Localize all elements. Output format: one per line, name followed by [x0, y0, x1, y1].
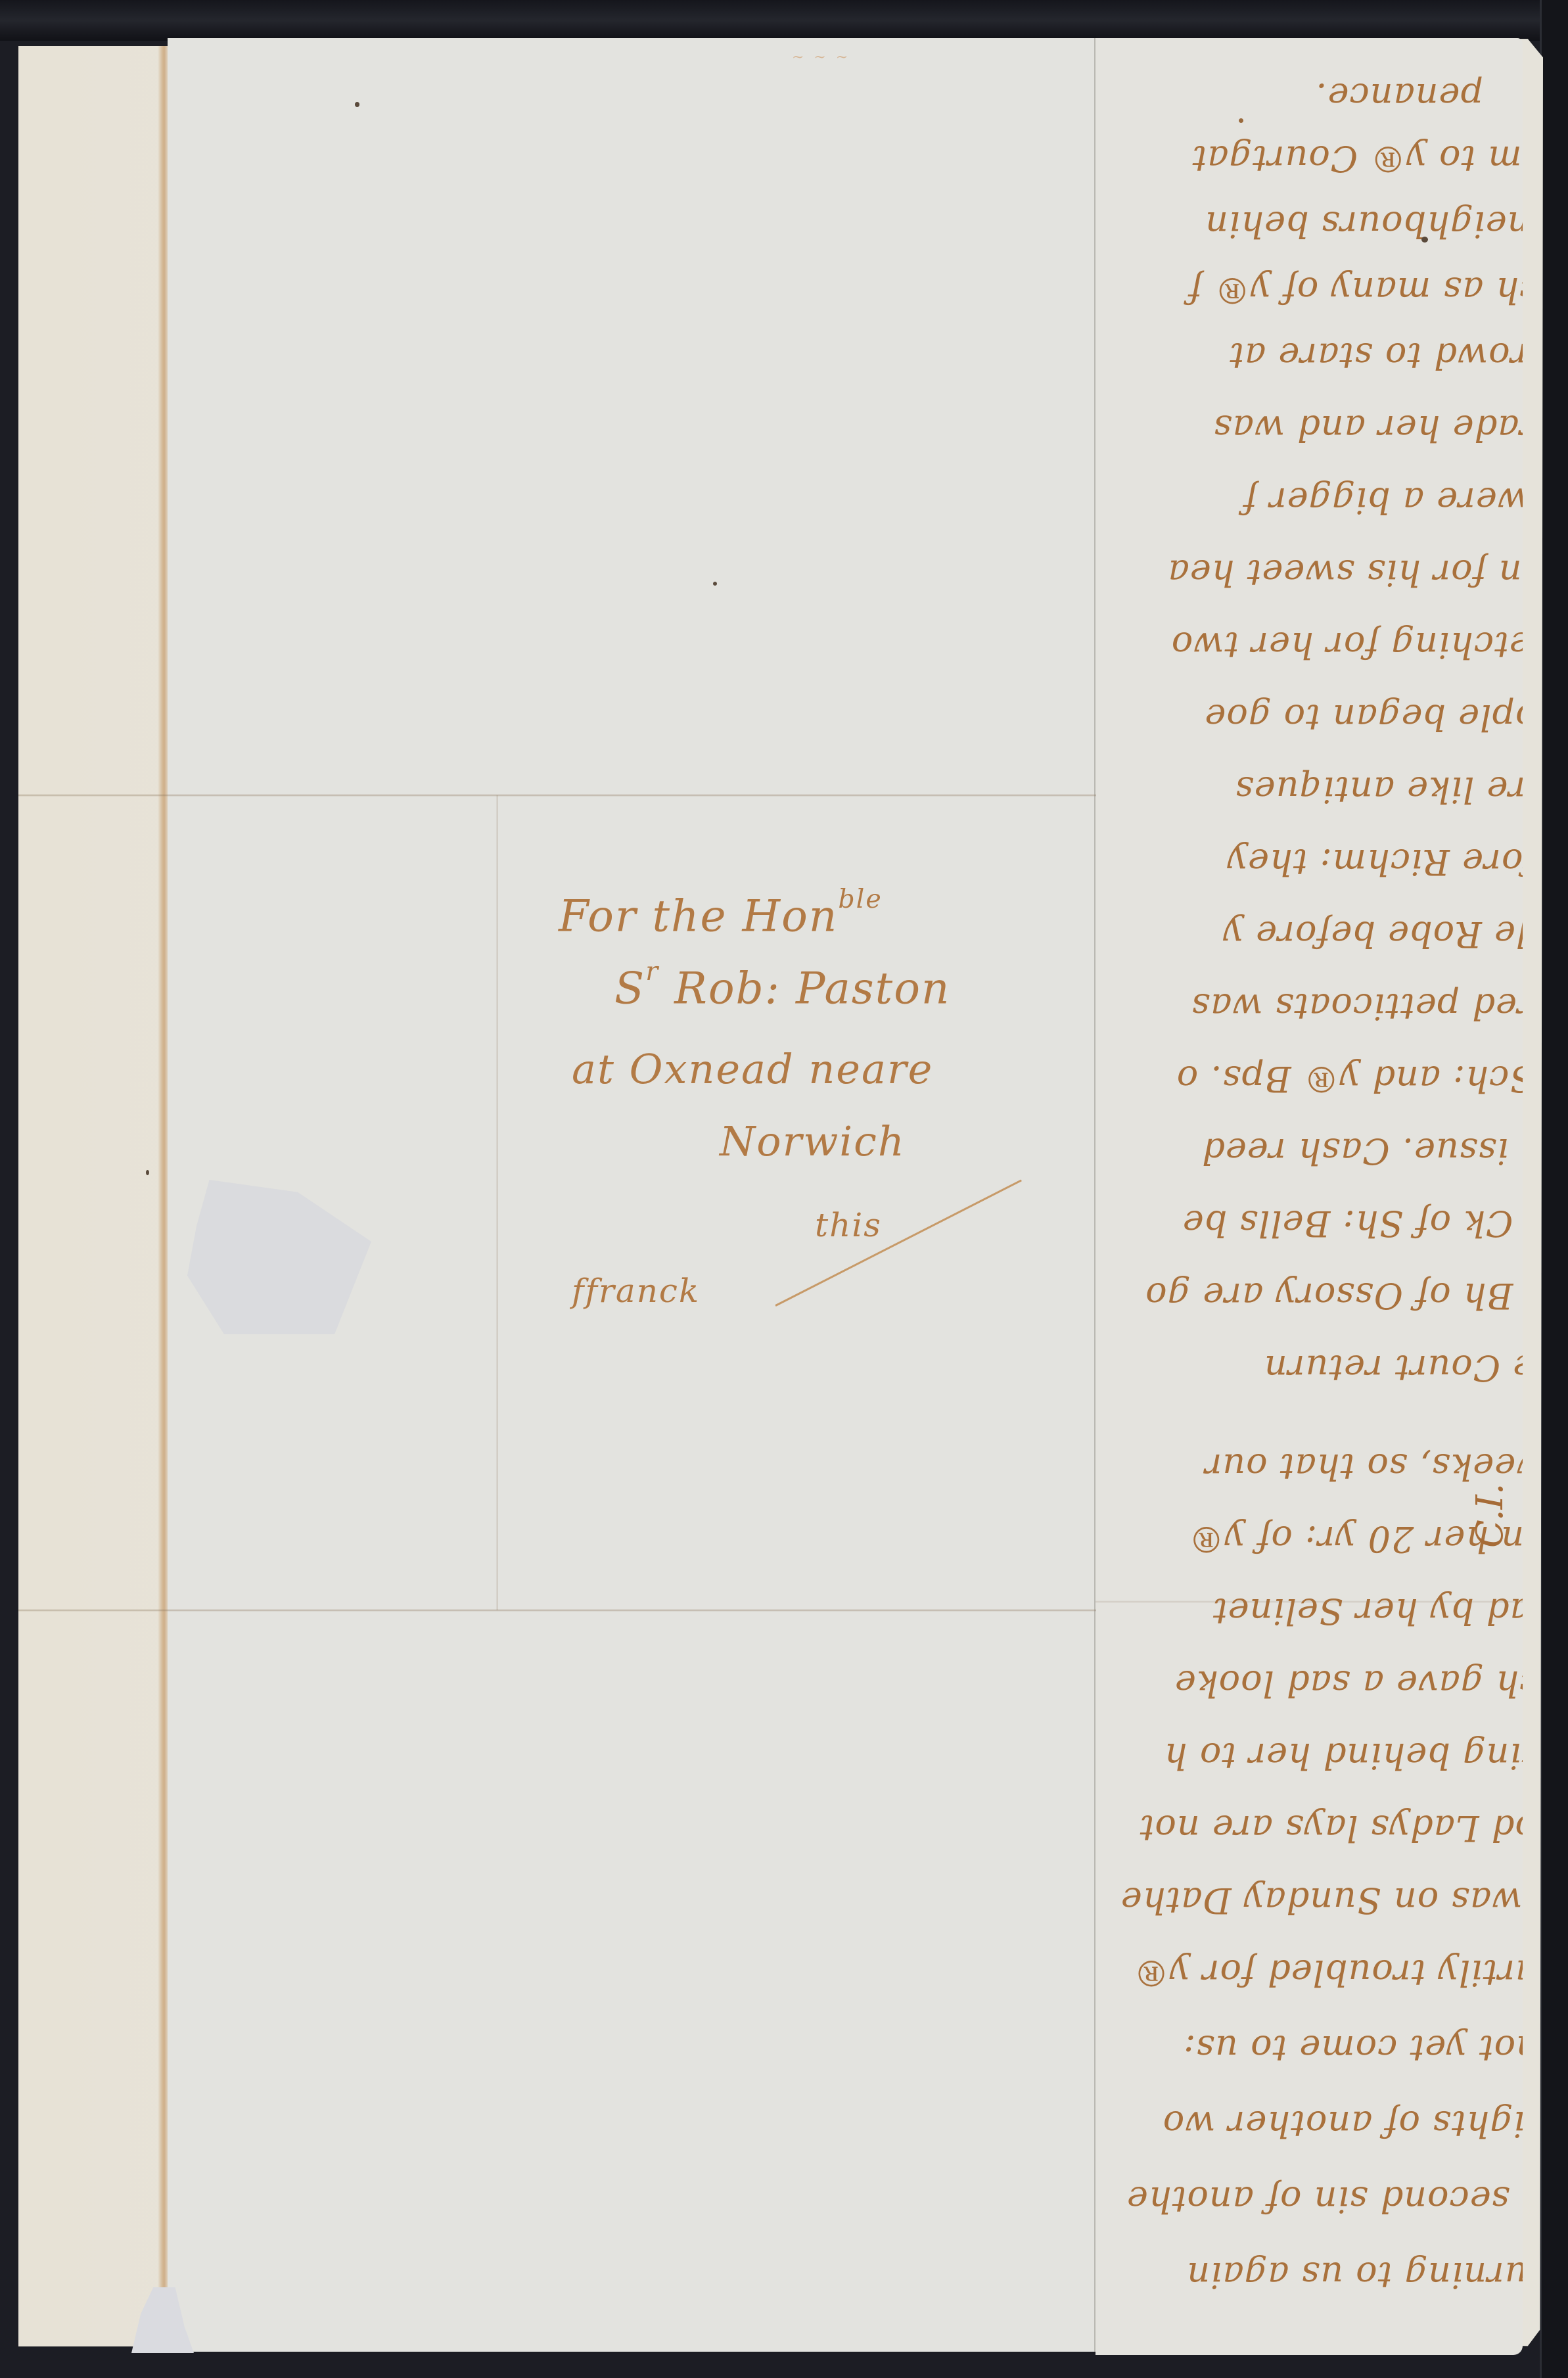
letter-line: is not yet come to us: — [1183, 2028, 1523, 2069]
ink-speck — [355, 102, 359, 107]
letter-line: more like antiques — [1235, 769, 1523, 810]
letter-line: delights of another wo — [1163, 2103, 1523, 2145]
ink-speck — [146, 1170, 149, 1175]
annotation-franck: ffranck — [572, 1272, 700, 1310]
margin-note: C.I. — [1469, 1483, 1511, 1548]
address-line-2-prefix: S — [614, 964, 645, 1014]
address-line-1-text: For the Hon — [559, 891, 838, 942]
letter-line: the second sin of anothe — [1126, 2179, 1523, 2220]
letter-line: heartily troubled for y® — [1133, 1952, 1523, 1993]
faint-ink-mark: ~ ~ ~ — [792, 49, 850, 66]
fold-line-vertical — [496, 795, 498, 1610]
address-line-1-sup: ble — [838, 884, 882, 914]
mount-frame-top — [0, 0, 1568, 41]
address-line-2-text: Rob: Paston — [659, 964, 950, 1014]
letter-line: 3 weeks, so that our — [1205, 1446, 1523, 1487]
letter-line: u° were a bigger f — [1243, 480, 1523, 521]
ink-speck — [713, 582, 717, 586]
letter-line: or neighbours behin — [1205, 204, 1523, 245]
letter-line: y® Ck of Sh: Bells be — [1182, 1203, 1523, 1244]
letter-line: penance. — [1315, 76, 1483, 117]
letter-line: full issue. Cash reed — [1201, 1131, 1523, 1172]
letter-line: The Court return — [1264, 1347, 1523, 1389]
letter-line: then for his sweet hea — [1168, 552, 1523, 594]
address-line-3: at Oxnead neare — [572, 1045, 933, 1093]
letter-line: wide Robe before y — [1222, 914, 1523, 955]
letter-line: Dead by her Selinet — [1212, 1591, 1523, 1632]
fold-line-lower — [18, 1609, 1096, 1612]
annotation-this: this — [815, 1206, 882, 1244]
ink-speck — [1239, 118, 1243, 123]
address-line-2: Sr Rob: Paston — [614, 956, 950, 1014]
ink-speck — [1421, 237, 1428, 243]
letter-line: sitting behind her to h — [1164, 1735, 1523, 1777]
letter-line: people began to goe — [1204, 697, 1523, 738]
address-line-4: Norwich — [720, 1117, 906, 1165]
letter-line: returning to us again — [1186, 2254, 1523, 2296]
letter-line: before Richm: they — [1227, 841, 1523, 883]
upside-down-letter-text: returning to us again the second sin of … — [1095, 38, 1523, 2355]
letter-line: such gave a sad looke — [1174, 1663, 1523, 1704]
address-line-1: For the Honble — [559, 884, 883, 942]
letter-line: of Sch: and y® Bps. o — [1176, 1058, 1523, 1100]
address-panel — [168, 38, 1095, 2352]
letter-line: in red petticoats was — [1191, 986, 1523, 1027]
letter-line: parade her and was — [1213, 408, 1523, 449]
letter-line: y® Bh of Ossory are go — [1145, 1275, 1523, 1317]
fold-line-upper — [18, 794, 1096, 797]
mount-frame-right — [1540, 0, 1568, 2378]
letter-line: good Ladys lays are not — [1140, 1807, 1523, 1849]
letter-line: them to y® Courtgat — [1192, 138, 1523, 179]
letter-line: I was on Sunday Dathe — [1120, 1880, 1523, 1921]
letter-line: stretching for her two — [1171, 624, 1523, 666]
letter-line: such as many of y® f — [1188, 269, 1523, 311]
address-line-2-sup: r — [645, 956, 659, 987]
letter-line: a crowd to stare at — [1229, 335, 1523, 377]
